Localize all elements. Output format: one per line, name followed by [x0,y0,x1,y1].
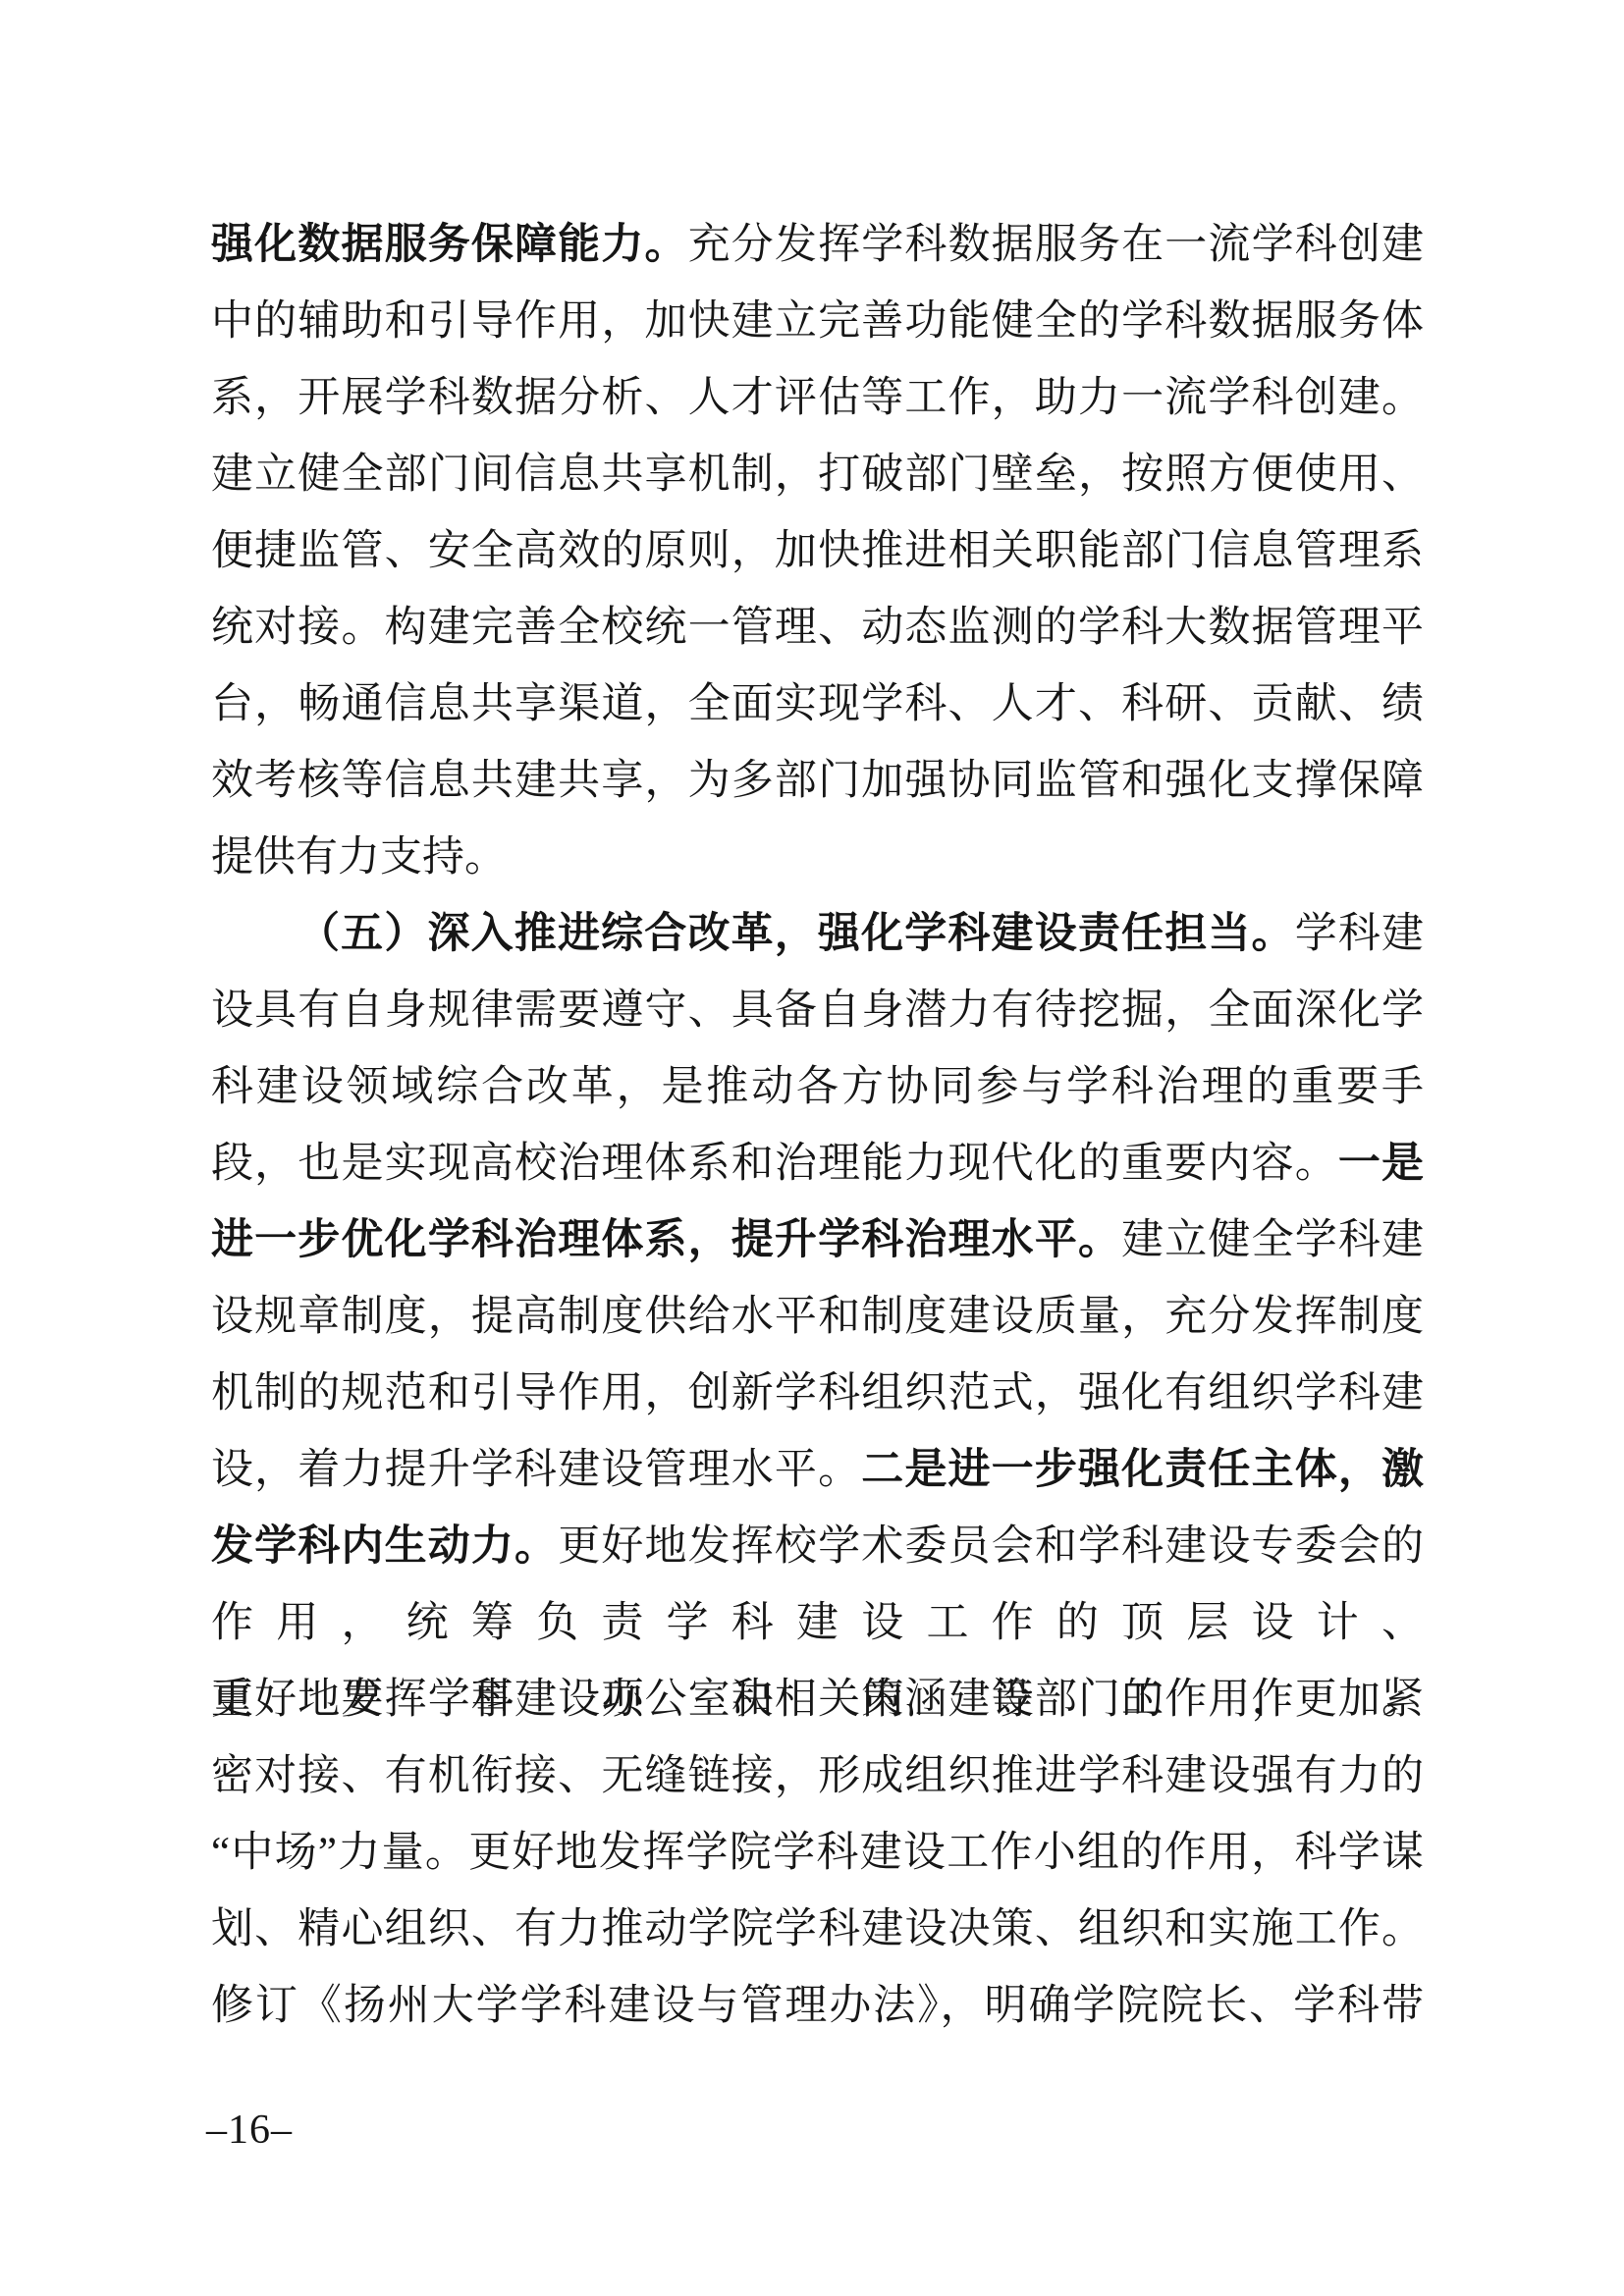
text-segment: 设规章制度，提高制度供给水平和制度建设质量，充分发挥制度 [211,1294,1424,1340]
text-segment: 科建设领域综合改革，是推动各方协同参与学科治理的重要手 [211,1064,1424,1110]
text-line: 划、精心组织、有力推动学院学科建设决策、组织和实施工作。 [211,1892,1424,1968]
text-line: 密对接、有机衔接、无缝链接，形成组织推进学科建设强有力的 [211,1738,1424,1815]
text-line: 提供有力支持。 [211,820,1424,896]
text-segment: 建立健全部门间信息共享机制，打破部门壁垒，按照方便使用、 [211,452,1424,498]
text-segment: 更好地发挥学科建设办公室和相关内涵建设部门的作用，更加紧 [211,1677,1424,1723]
text-line: 效考核等信息共建共享，为多部门加强协同监管和强化支撑保障 [211,743,1424,820]
text-segment: 系，开展学科数据分析、人才评估等工作，助力一流学科创建。 [211,375,1424,421]
text-lines: 强化数据服务保障能力。充分发挥学科数据服务在一流学科创建中的辅助和引导作用，加快… [211,207,1424,2045]
text-line: 设规章制度，提高制度供给水平和制度建设质量，充分发挥制度 [211,1279,1424,1356]
text-line: 台，畅通信息共享渠道，全面实现学科、人才、科研、贡献、绩 [211,667,1424,743]
text-segment: 段，也是实现高校治理体系和治理能力现代化的重要内容。 [211,1141,1338,1187]
bold-text-segment: 一是 [1338,1141,1424,1187]
text-line: 中的辅助和引导作用，加快建立完善功能健全的学科数据服务体 [211,284,1424,360]
text-segment: 密对接、有机衔接、无缝链接，形成组织推进学科建设强有力的 [211,1753,1424,1799]
text-segment: 统对接。构建完善全校统一管理、动态监测的学科大数据管理平 [211,605,1424,651]
bold-text-segment: 强化数据服务保障能力。 [211,222,688,268]
text-line: 建立健全部门间信息共享机制，打破部门壁垒，按照方便使用、 [211,437,1424,513]
text-segment: 设具有自身规律需要遵守、具备自身潜力有待挖掘，全面深化学 [211,988,1424,1034]
text-line: 设具有自身规律需要遵守、具备自身潜力有待挖掘，全面深化学 [211,973,1424,1049]
text-segment: 效考核等信息共建共享，为多部门加强协同监管和强化支撑保障 [211,758,1424,804]
text-segment: 学科建 [1295,911,1424,957]
bold-text-segment: 进一步优化学科治理体系，提升学科治理水平。 [211,1217,1121,1263]
text-line: 便捷监管、安全高效的原则，加快推进相关职能部门信息管理系 [211,513,1424,590]
text-segment: 提供有力支持。 [211,834,507,881]
text-line: “中场”力量。更好地发挥学院学科建设工作小组的作用，科学谋 [211,1815,1424,1892]
text-line: 作用，统筹负责学科建设工作的顶层设计、重要事项决策等工作。 [211,1585,1424,1662]
bold-text-segment: 二是进一步强化责任主体，激 [861,1447,1424,1493]
text-segment: 更好地发挥校学术委员会和学科建设专委会的 [558,1523,1424,1570]
text-line: 强化数据服务保障能力。充分发挥学科数据服务在一流学科创建 [211,207,1424,284]
text-segment: 中的辅助和引导作用，加快建立完善功能健全的学科数据服务体 [211,298,1424,345]
bold-text-segment: 发学科内生动力。 [211,1523,558,1570]
text-line: 修订《扬州大学学科建设与管理办法》，明确学院院长、学科带 [211,1968,1424,2045]
text-segment: 建立健全学科建 [1121,1217,1424,1263]
text-segment: 充分发挥学科数据服务在一流学科创建 [688,222,1424,268]
text-line: 系，开展学科数据分析、人才评估等工作，助力一流学科创建。 [211,360,1424,437]
text-line: 机制的规范和引导作用，创新学科组织范式，强化有组织学科建 [211,1356,1424,1432]
text-line: 统对接。构建完善全校统一管理、动态监测的学科大数据管理平 [211,590,1424,667]
text-segment: “中场”力量。更好地发挥学院学科建设工作小组的作用，科学谋 [211,1830,1424,1876]
text-line: 段，也是实现高校治理体系和治理能力现代化的重要内容。一是 [211,1126,1424,1202]
text-segment: 划、精心组织、有力推动学院学科建设决策、组织和实施工作。 [211,1906,1424,1952]
text-segment: 便捷监管、安全高效的原则，加快推进相关职能部门信息管理系 [211,528,1424,574]
text-line: 更好地发挥学科建设办公室和相关内涵建设部门的作用，更加紧 [211,1662,1424,1738]
text-segment: 机制的规范和引导作用，创新学科组织范式，强化有组织学科建 [211,1370,1424,1416]
bold-text-segment: （五）深入推进综合改革，强化学科建设责任担当。 [298,911,1295,957]
document-page: 强化数据服务保障能力。充分发挥学科数据服务在一流学科创建中的辅助和引导作用，加快… [0,0,1624,2296]
text-line: 科建设领域综合改革，是推动各方协同参与学科治理的重要手 [211,1049,1424,1126]
text-line: （五）深入推进综合改革，强化学科建设责任担当。学科建 [211,896,1424,973]
text-line: 发学科内生动力。更好地发挥校学术委员会和学科建设专委会的 [211,1509,1424,1585]
text-segment: 台，畅通信息共享渠道，全面实现学科、人才、科研、贡献、绩 [211,681,1424,727]
text-segment: 设，着力提升学科建设管理水平。 [211,1447,861,1493]
text-segment: 修订《扬州大学学科建设与管理办法》，明确学院院长、学科带 [211,1983,1424,2029]
text-line: 设，着力提升学科建设管理水平。二是进一步强化责任主体，激 [211,1432,1424,1509]
page-number: –16– [206,2107,293,2154]
text-line: 进一步优化学科治理体系，提升学科治理水平。建立健全学科建 [211,1202,1424,1279]
